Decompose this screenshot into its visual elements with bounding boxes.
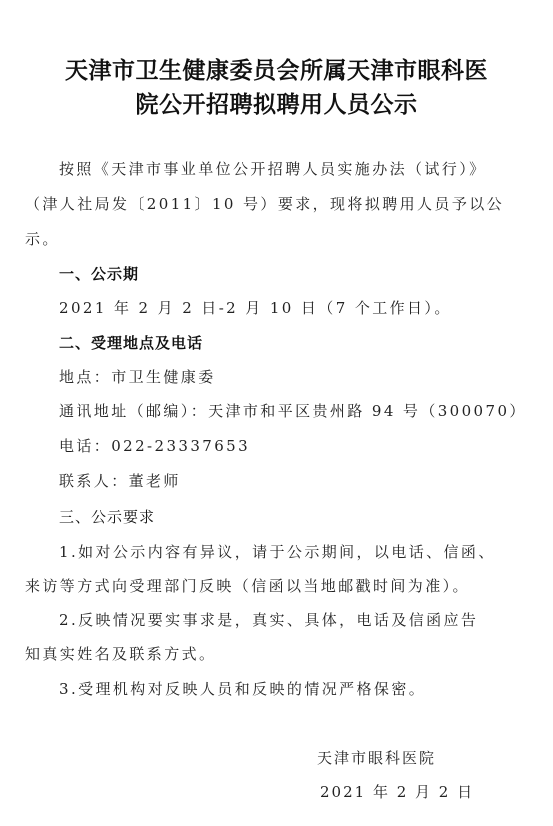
intro-line-2: （津人社局发〔2011〕10 号）要求，现将拟聘用人员予以公 — [25, 193, 503, 214]
requirement-1-line-1: 1.如对公示内容有异议，请于公示期间，以电话、信函、 — [59, 541, 537, 562]
signature-date: 2021 年 2 月 2 日 — [320, 781, 474, 802]
section-3-heading: 三、公示要求 — [59, 506, 537, 527]
contact-person-text: 联系人：董老师 — [59, 470, 537, 491]
address-text: 通讯地址（邮编）：天津市和平区贵州路 94 号（300070） — [59, 400, 537, 421]
title-line-1: 天津市卫生健康委员会所属天津市眼科医 — [0, 52, 553, 85]
title-line-2: 院公开招聘拟聘用人员公示 — [0, 86, 553, 119]
intro-line-3: 示。 — [25, 228, 503, 249]
requirement-1-line-2: 来访等方式向受理部门反映（信函以当地邮戳时间为准）。 — [25, 575, 503, 596]
signature-organization: 天津市眼科医院 — [317, 747, 436, 768]
requirement-2-line-1: 2.反映情况要实事求是，真实、具体，电话及信函应告 — [59, 609, 537, 630]
publicity-period-text: 2021 年 2 月 2 日-2 月 10 日（7 个工作日）。 — [59, 297, 537, 318]
phone-text: 电话：022-23337653 — [59, 435, 537, 456]
section-2-heading: 二、受理地点及电话 — [59, 332, 537, 353]
intro-line-1: 按照《天津市事业单位公开招聘人员实施办法（试行）》 — [59, 158, 537, 179]
location-text: 地点：市卫生健康委 — [59, 366, 537, 387]
requirement-2-line-2: 知真实姓名及联系方式。 — [25, 643, 503, 664]
requirement-3: 3.受理机构对反映人员和反映的情况严格保密。 — [59, 678, 537, 699]
section-1-heading: 一、公示期 — [59, 263, 537, 284]
